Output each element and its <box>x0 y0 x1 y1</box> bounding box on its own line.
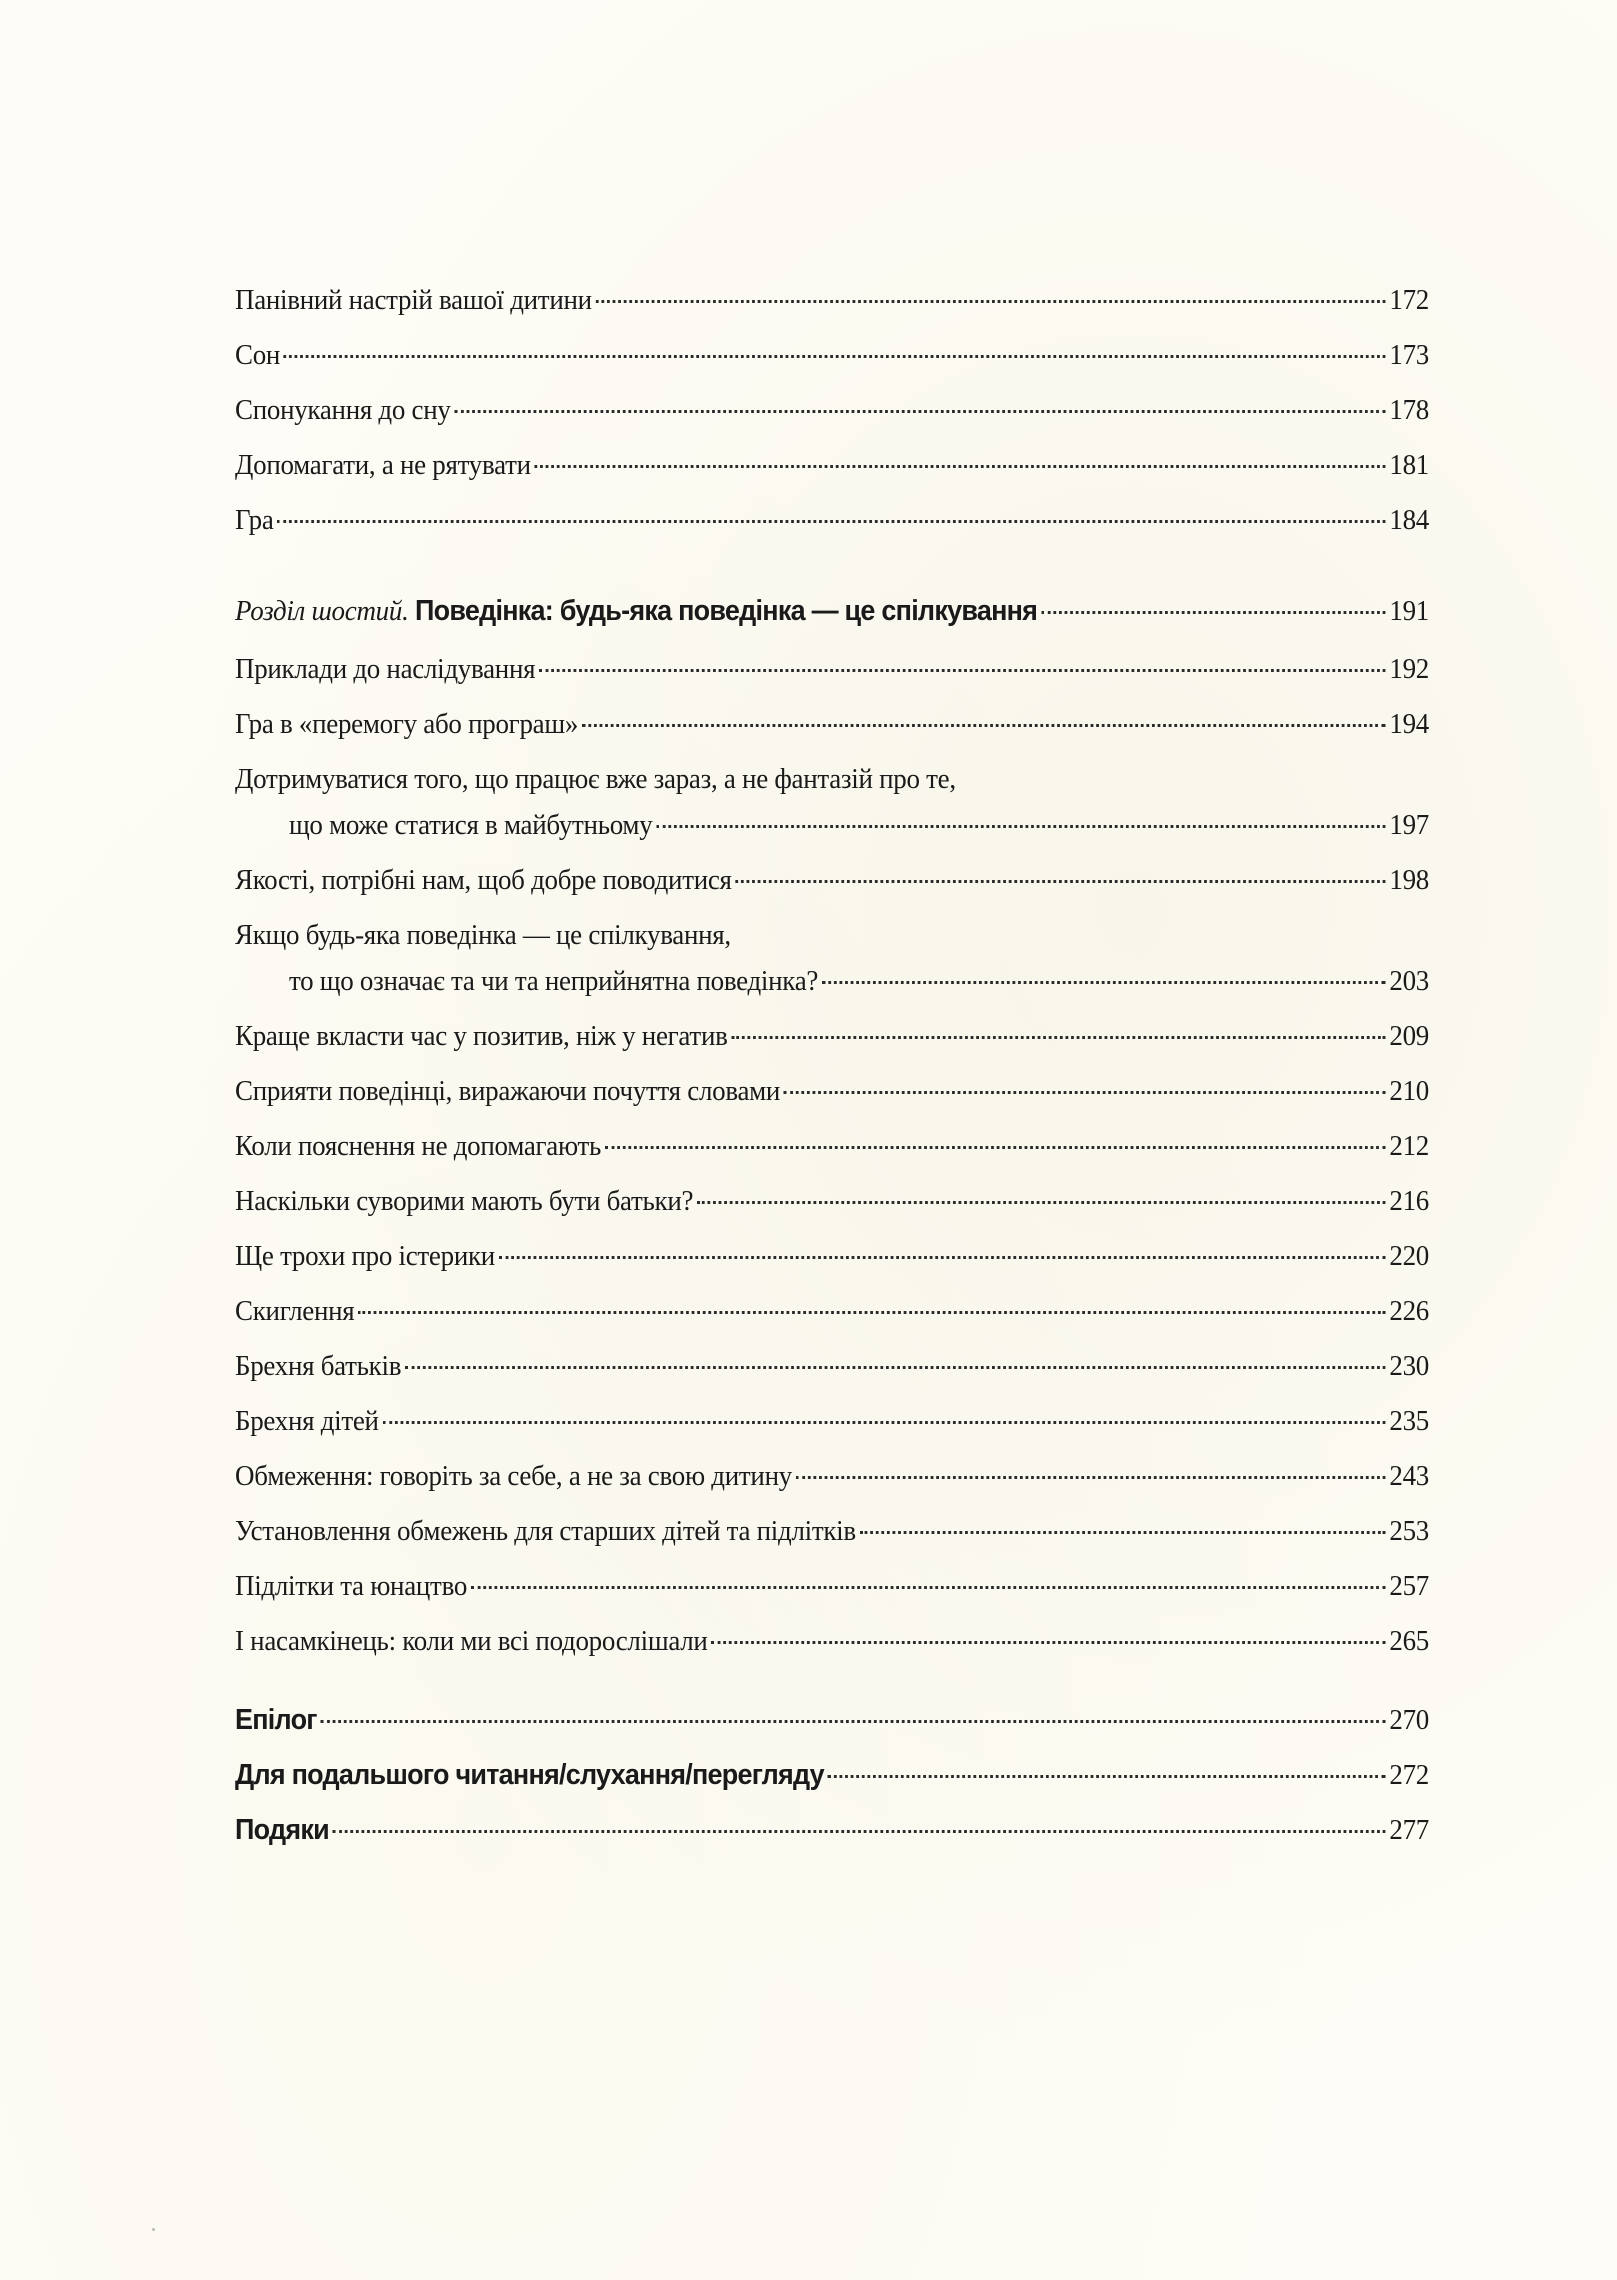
dot-leader <box>454 410 1385 413</box>
entry-title: Гра <box>235 502 274 538</box>
dot-leader <box>735 880 1385 883</box>
toc-entry[interactable]: Установлення обмежень для старших дітей … <box>235 1513 1429 1549</box>
dot-leader <box>828 1775 1386 1778</box>
entry-page: 210 <box>1389 1073 1429 1109</box>
spacer <box>235 557 1429 593</box>
toc-entry[interactable]: Брехня батьків 230 <box>235 1348 1429 1384</box>
entry-page: 198 <box>1389 862 1429 898</box>
entry-title: Подяки <box>235 1812 329 1848</box>
entry-title: Обмеження: говоріть за себе, а не за сво… <box>235 1458 792 1494</box>
entry-title-line2: що може статися в майбутньому <box>289 807 652 843</box>
entry-page: 220 <box>1389 1238 1429 1274</box>
toc-entry[interactable]: Сприяти поведінці, виражаючи почуття сло… <box>235 1073 1429 1109</box>
toc-entry[interactable]: Дотримуватися того, що працює вже зараз,… <box>235 761 1429 843</box>
toc-entry[interactable]: Гра в «перемогу або програш» 194 <box>235 706 1429 742</box>
entry-page: 216 <box>1389 1183 1429 1219</box>
toc-entry[interactable]: Якості, потрібні нам, щоб добре поводити… <box>235 862 1429 898</box>
entry-title-line2: то що означає та чи та неприйнятна повед… <box>289 963 818 999</box>
table-of-contents: Панівний настрій вашої дитини 172 Сон 17… <box>235 282 1429 1867</box>
toc-entry[interactable]: Спонукання до сну 178 <box>235 392 1429 428</box>
toc-entry[interactable]: І насамкінець: коли ми всі подорослішали… <box>235 1623 1429 1659</box>
entry-title: Гра в «перемогу або програш» <box>235 706 578 742</box>
entry-page: 272 <box>1389 1757 1429 1793</box>
toc-entry-acknowledgements[interactable]: Подяки 277 <box>235 1812 1429 1848</box>
dot-leader <box>321 1720 1386 1723</box>
entry-title: Установлення обмежень для старших дітей … <box>235 1513 856 1549</box>
entry-page: 173 <box>1389 337 1429 373</box>
dot-leader <box>284 355 1386 358</box>
entry-title: Якості, потрібні нам, щоб добре поводити… <box>235 862 732 898</box>
entry-title-line1: Дотримуватися того, що працює вже зараз,… <box>235 761 1345 797</box>
dot-leader <box>539 669 1386 672</box>
dot-leader <box>796 1476 1386 1479</box>
entry-page: 226 <box>1389 1293 1429 1329</box>
dot-leader <box>1041 611 1386 614</box>
toc-entry[interactable]: Сон 173 <box>235 337 1429 373</box>
entry-title: Брехня батьків <box>235 1348 401 1384</box>
scan-speck <box>152 2228 155 2231</box>
dot-leader <box>784 1091 1386 1094</box>
dot-leader <box>596 300 1386 303</box>
entry-page: 270 <box>1389 1702 1429 1738</box>
toc-entry[interactable]: Ще трохи про істерики 220 <box>235 1238 1429 1274</box>
entry-page: 172 <box>1389 282 1429 318</box>
toc-section-back-matter: Епілог 270 Для подальшого читання/слухан… <box>235 1702 1429 1848</box>
entry-page: 253 <box>1389 1513 1429 1549</box>
toc-entry[interactable]: Коли пояснення не допомагають 212 <box>235 1128 1429 1164</box>
toc-entry[interactable]: Скиглення 226 <box>235 1293 1429 1329</box>
dot-leader <box>605 1146 1386 1149</box>
dot-leader <box>471 1586 1386 1589</box>
entry-page: 197 <box>1389 807 1429 843</box>
toc-entry[interactable]: Наскільки суворими мають бути батьки? 21… <box>235 1183 1429 1219</box>
entry-title: Скиглення <box>235 1293 354 1329</box>
entry-page: 194 <box>1389 706 1429 742</box>
entry-title: Епілог <box>235 1702 317 1738</box>
dot-leader <box>731 1036 1385 1039</box>
toc-entry-epilogue[interactable]: Епілог 270 <box>235 1702 1429 1738</box>
toc-entry[interactable]: Брехня дітей 235 <box>235 1403 1429 1439</box>
dot-leader <box>822 981 1386 984</box>
toc-entry-further-reading[interactable]: Для подальшого читання/слухання/перегляд… <box>235 1757 1429 1793</box>
toc-section-continued: Панівний настрій вашої дитини 172 Сон 17… <box>235 282 1429 538</box>
dot-leader <box>333 1830 1386 1833</box>
dot-leader <box>697 1201 1386 1204</box>
entry-title: Спонукання до сну <box>235 392 451 428</box>
entry-title: Коли пояснення не допомагають <box>235 1128 601 1164</box>
entry-title: Сприяти поведінці, виражаючи почуття сло… <box>235 1073 780 1109</box>
entry-title: Наскільки суворими мають бути батьки? <box>235 1183 693 1219</box>
dot-leader <box>382 1421 1385 1424</box>
dot-leader <box>711 1641 1385 1644</box>
chapter-heading[interactable]: Розділ шостий. Поведінка: будь-яка повед… <box>235 593 1429 629</box>
entry-title: Підлітки та юнацтво <box>235 1568 467 1604</box>
entry-title: Панівний настрій вашої дитини <box>235 282 592 318</box>
entry-page: 209 <box>1389 1018 1429 1054</box>
toc-entry[interactable]: Панівний настрій вашої дитини 172 <box>235 282 1429 318</box>
entry-page: 265 <box>1389 1623 1429 1659</box>
entry-title: Сон <box>235 337 280 373</box>
entry-page: 192 <box>1389 651 1429 687</box>
toc-entry[interactable]: Підлітки та юнацтво 257 <box>235 1568 1429 1604</box>
entry-page: 277 <box>1389 1812 1429 1848</box>
entry-title: Приклади до наслідування <box>235 651 535 687</box>
spacer <box>235 1678 1429 1702</box>
entry-page: 257 <box>1389 1568 1429 1604</box>
entry-title: Брехня дітей <box>235 1403 379 1439</box>
entry-page: 212 <box>1389 1128 1429 1164</box>
entry-page: 181 <box>1389 447 1429 483</box>
entry-title: Краще вкласти час у позитив, ніж у негат… <box>235 1018 728 1054</box>
entry-title-line1: Якщо будь-яка поведінка — це спілкування… <box>235 917 1345 953</box>
toc-entry[interactable]: Приклади до наслідування 192 <box>235 651 1429 687</box>
chapter-title: Поведінка: будь-яка поведінка — це спілк… <box>415 595 1037 627</box>
dot-leader <box>405 1366 1386 1369</box>
entry-title: І насамкінець: коли ми всі подорослішали <box>235 1623 708 1659</box>
dot-leader <box>277 520 1385 523</box>
entry-title: Ще трохи про істерики <box>235 1238 495 1274</box>
dot-leader <box>499 1256 1386 1259</box>
toc-entry[interactable]: Краще вкласти час у позитив, ніж у негат… <box>235 1018 1429 1054</box>
dot-leader <box>860 1531 1386 1534</box>
entry-title: Для подальшого читання/слухання/перегляд… <box>235 1757 824 1793</box>
toc-entry[interactable]: Обмеження: говоріть за себе, а не за сво… <box>235 1458 1429 1494</box>
toc-section-chapter-six: Розділ шостий. Поведінка: будь-яка повед… <box>235 593 1429 1659</box>
toc-entry[interactable]: Гра 184 <box>235 502 1429 538</box>
entry-page: 191 <box>1389 593 1429 629</box>
chapter-prefix: Розділ шостий. <box>235 595 409 627</box>
entry-page: 235 <box>1389 1403 1429 1439</box>
entry-page: 230 <box>1389 1348 1429 1384</box>
entry-title: Допомагати, а не рятувати <box>235 447 531 483</box>
dot-leader <box>358 1311 1386 1314</box>
dot-leader <box>582 724 1386 727</box>
dot-leader <box>656 825 1386 828</box>
entry-page: 203 <box>1389 963 1429 999</box>
toc-entry[interactable]: Допомагати, а не рятувати 181 <box>235 447 1429 483</box>
toc-entry[interactable]: Якщо будь-яка поведінка — це спілкування… <box>235 917 1429 999</box>
entry-page: 184 <box>1389 502 1429 538</box>
dot-leader <box>534 465 1385 468</box>
entry-page: 178 <box>1389 392 1429 428</box>
entry-page: 243 <box>1389 1458 1429 1494</box>
